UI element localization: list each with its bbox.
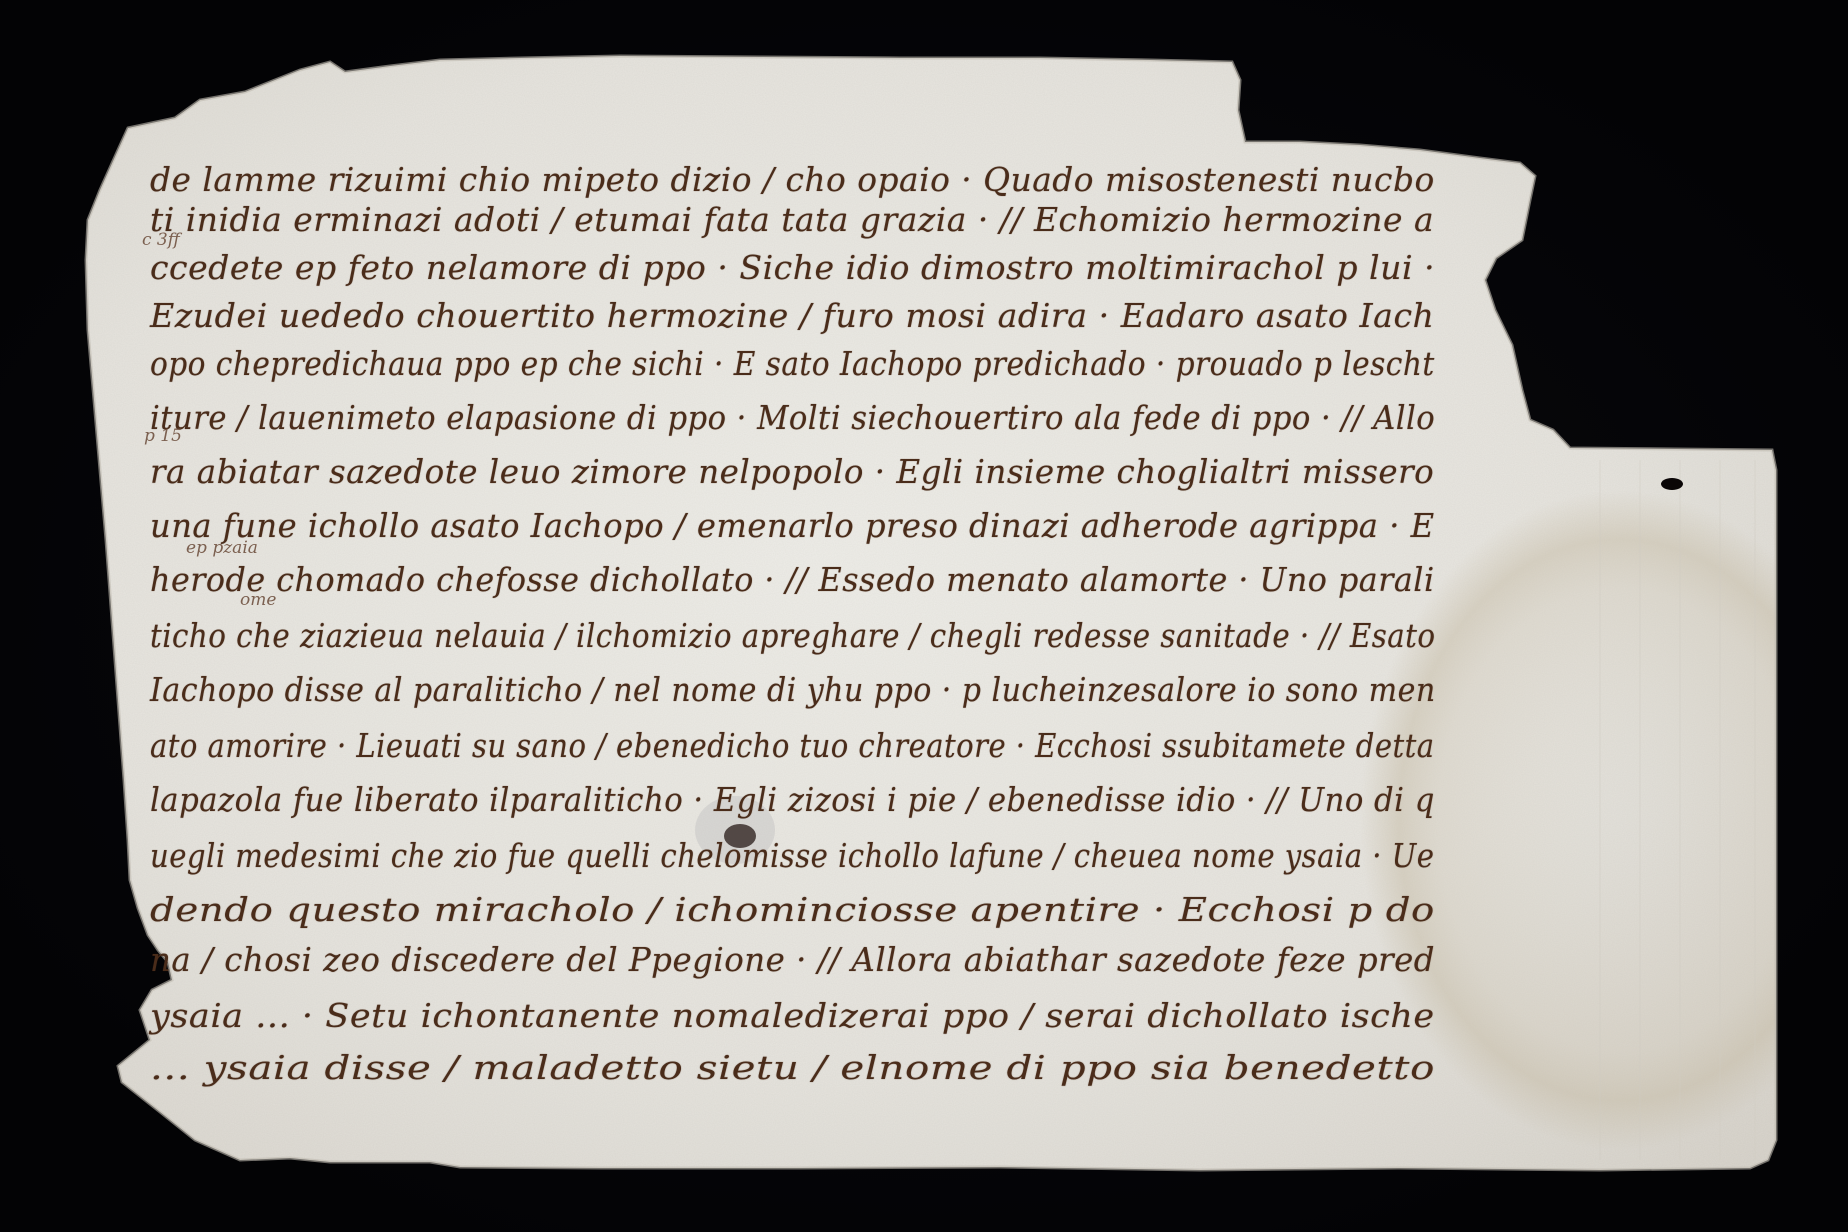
- manuscript-line: Iachopo disse al paraliticho / nel nome …: [150, 670, 1436, 709]
- manuscript-line: iture / lauenimeto elapasione di ppo · M…: [150, 398, 1435, 437]
- manuscript-line: herode chomado chefosse dichollato · // …: [150, 560, 1435, 599]
- marginal-gloss: p 15: [144, 426, 182, 446]
- manuscript-line: opo chepredichaua ppo ep che sichi · E s…: [150, 344, 1435, 383]
- manuscript-line: ti inidia erminazi adoti / etumai fata t…: [150, 200, 1434, 239]
- manuscript-line: de lamme rizuimi chio mipeto dizio / cho…: [150, 160, 1435, 199]
- manuscript-line: ccedete ep feto nelamore di ppo · Siche …: [150, 248, 1435, 287]
- marginal-gloss: ep pzaia: [186, 538, 258, 558]
- manuscript-line: ... ysaia disse / maladetto sietu / elno…: [150, 1048, 1435, 1087]
- manuscript-line: ysaia ... · Setu ichontanente nomaledize…: [150, 996, 1435, 1035]
- manuscript-line: uegli medesimi che zio fue quelli chelom…: [150, 836, 1434, 875]
- manuscript-line: dendo questo miracholo / ichominciosse a…: [150, 890, 1435, 929]
- photo-stage: de lamme rizuimi chio mipeto dizio / cho…: [0, 0, 1848, 1232]
- manuscript-line: na / chosi zeo discedere del Ppegione · …: [150, 940, 1435, 979]
- manuscript-line: lapazola fue liberato ilparaliticho · Eg…: [150, 780, 1435, 819]
- manuscript-line: ra abiatar sazedote leuo zimore nelpopol…: [150, 452, 1434, 491]
- marginal-gloss: ome: [240, 590, 276, 610]
- manuscript-line: Ezudei uededo chouertito hermozine / fur…: [150, 296, 1434, 335]
- manuscript-line: ticho che ziazieua nelauia / ilchomizio …: [150, 616, 1436, 655]
- manuscript-line: ato amorire · Lieuati su sano / ebenedic…: [150, 726, 1435, 765]
- marginal-gloss: c 3ff: [142, 230, 180, 250]
- manuscript-line: una fune ichollo asato Iachopo / emenarl…: [150, 506, 1435, 545]
